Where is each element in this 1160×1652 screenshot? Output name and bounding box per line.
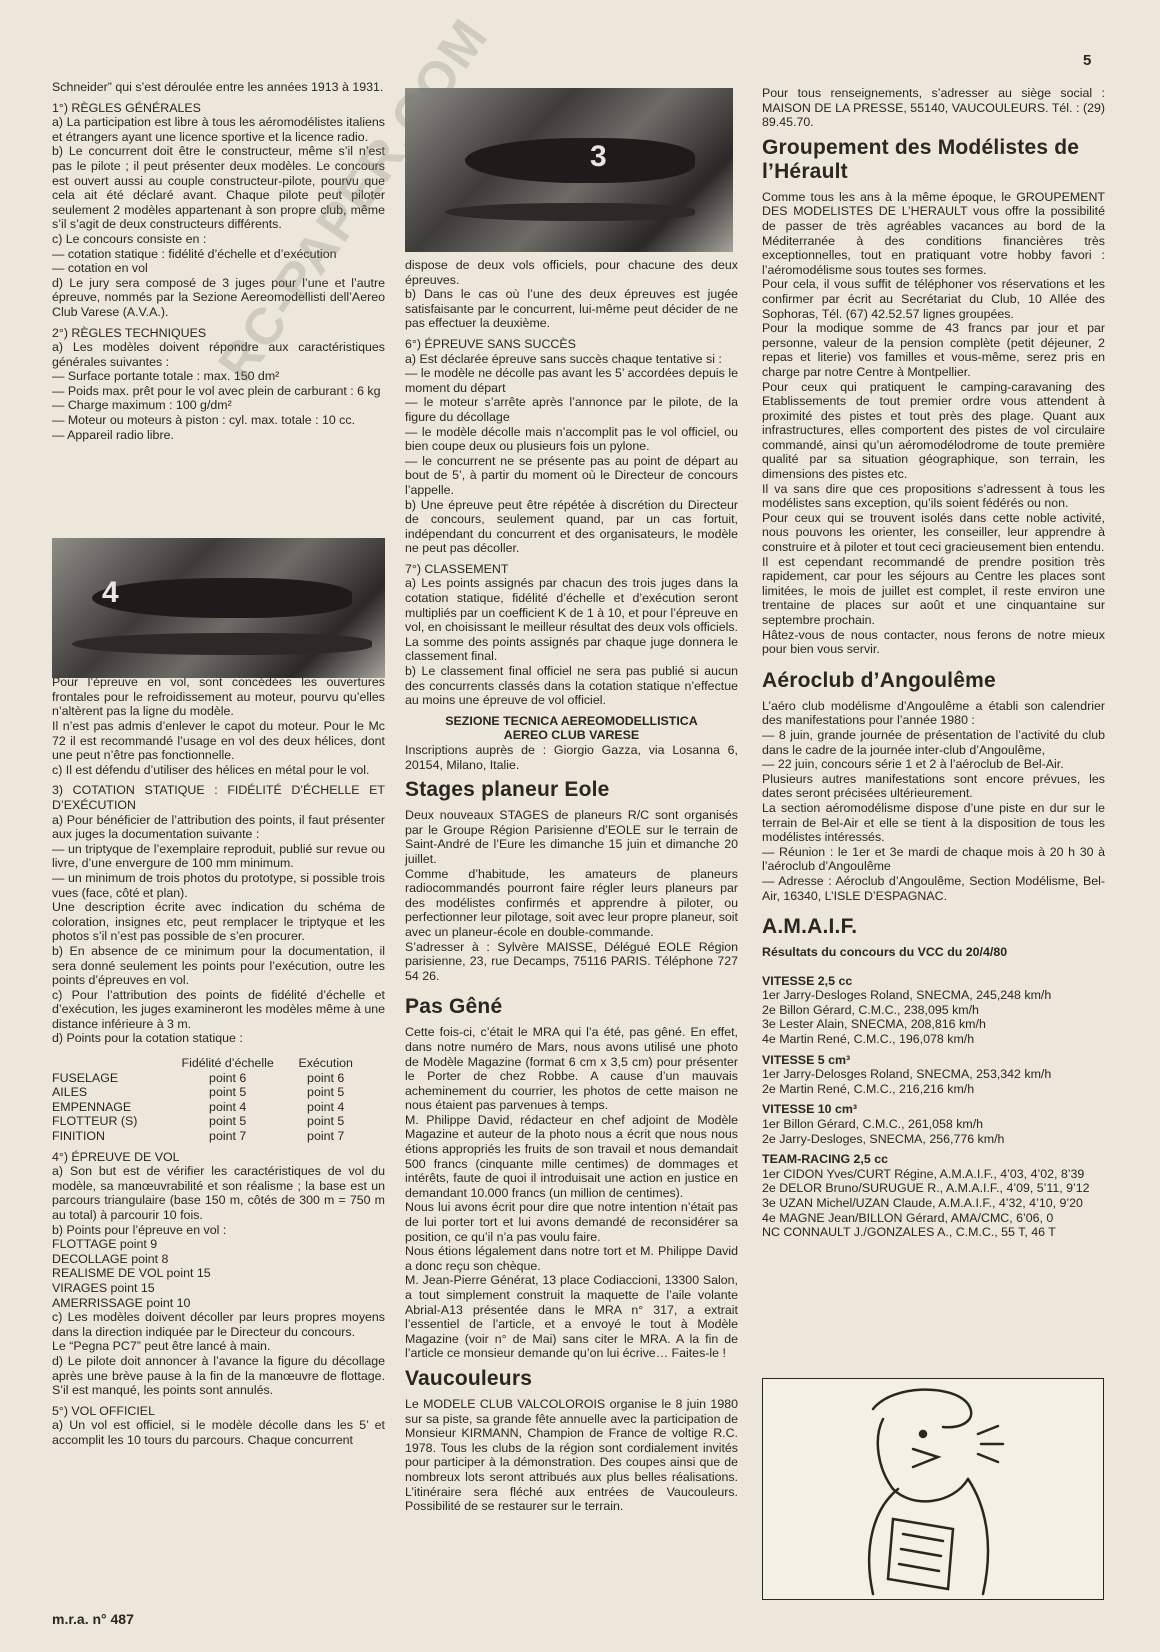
intro-text: Schneider” qui s’est déroulée entre les … — [52, 80, 385, 95]
paragraph: a) Est déclarée épreuve sans succès chaq… — [405, 352, 738, 367]
issue-footer: m.r.a. n° 487 — [52, 1611, 134, 1627]
list-item: — Appareil radio libre. — [52, 428, 385, 443]
section-heading: 3) COTATION STATIQUE : FIDÉLITÉ D’ÉCHELL… — [52, 783, 385, 812]
paragraph: d) Le jury sera composé de 3 juges pour … — [52, 276, 385, 320]
column-2: dispose de deux vols officiels, pour cha… — [405, 258, 738, 1514]
paragraph: b) Le concurrent doit être le constructe… — [52, 144, 385, 232]
list-item: AMERRISSAGE point 10 — [52, 1296, 385, 1311]
column-1: Schneider” qui s’est déroulée entre les … — [52, 80, 385, 1448]
result-entry: 1er Jarry-Delosges Roland, SNECMA, 253,3… — [762, 1067, 1105, 1082]
paragraph: Pour l’épreuve en vol, sont concédées le… — [52, 675, 385, 719]
paragraph: a) Un vol est officiel, si le modèle déc… — [52, 1418, 385, 1447]
float-shape — [72, 633, 372, 655]
result-entry: 4e Martin René, C.M.C., 196,078 km/h — [762, 1032, 1105, 1047]
paragraph: Pour tous renseignements, s’adresser au … — [762, 86, 1105, 130]
paragraph: Nous lui avons écrit pour dire que notre… — [405, 1200, 738, 1244]
paragraph: c) Pour l’attribution des points de fidé… — [52, 988, 385, 1032]
list-item: — Surface portante totale : max. 150 dm² — [52, 369, 385, 384]
paragraph: Pour cela, il vous suffit de téléphoner … — [762, 277, 1105, 321]
paragraph: Hâtez-vous de nous contacter, nous feron… — [762, 628, 1105, 657]
paragraph: b) Points pour l’épreuve en vol : — [52, 1223, 385, 1238]
paragraph: La section aéromodélisme dispose d’une p… — [762, 801, 1105, 845]
table-row: FINITION point 7 point 7 — [52, 1129, 362, 1144]
shouting-reader-icon — [763, 1379, 1103, 1599]
paragraph: L’aéro club modélisme d’Angoulême a étab… — [762, 699, 1105, 728]
organizer-name: SEZIONE TECNICA AEREOMODELLISTICA — [405, 714, 738, 729]
paragraph: c) Il est défendu d’utiliser des hélices… — [52, 763, 385, 778]
paragraph: d) Points pour la cotation statique : — [52, 1031, 385, 1046]
paragraph: Il n’est pas admis d’enlever le capot du… — [52, 719, 385, 763]
paragraph: Une description écrite avec indication d… — [52, 900, 385, 944]
result-entry: 1er Jarry-Desloges Roland, SNECMA, 245,2… — [762, 988, 1105, 1003]
result-entry: 3e Lester Alain, SNECMA, 208,816 km/h — [762, 1017, 1105, 1032]
column-3: Pour tous renseignements, s’adresser au … — [762, 86, 1105, 1240]
racer-photo: 3 — [405, 88, 733, 252]
result-entry: 1er Billon Gérard, C.M.C., 261,058 km/h — [762, 1117, 1105, 1132]
paragraph: b) En absence de ce minimum pour la docu… — [52, 944, 385, 988]
paragraph: M. Jean-Pierre Générat, 13 place Codiacc… — [405, 1273, 738, 1361]
paragraph: a) Son but est de vérifier les caractéri… — [52, 1164, 385, 1222]
fuselage-shape — [465, 138, 695, 183]
article-title: Aéroclub d’Angoulême — [762, 669, 1105, 693]
list-item: REALISME DE VOL point 15 — [52, 1266, 385, 1281]
results-category: TEAM-RACING 2,5 cc — [762, 1152, 1105, 1167]
article-title: Groupement des Modélistes de l’Hérault — [762, 136, 1105, 184]
article-title: Stages planeur Eole — [405, 778, 738, 802]
paragraph: Inscriptions auprès de : Giorgio Gazza, … — [405, 743, 738, 772]
results-category: VITESSE 2,5 cc — [762, 974, 1105, 989]
paragraph: Comme tous les ans à la même époque, le … — [762, 190, 1105, 278]
list-item: — cotation en vol — [52, 261, 385, 276]
paragraph: b) Une épreuve peut être répétée à discr… — [405, 498, 738, 556]
paragraph: Comme d’habitude, les amateurs de planeu… — [405, 867, 738, 940]
article-title: Pas Gêné — [405, 995, 738, 1019]
paragraph: Deux nouveaux STAGES de planeurs R/C son… — [405, 808, 738, 866]
table-row: FUSELAGE point 6 point 6 — [52, 1071, 362, 1086]
section-heading: 5°) VOL OFFICIEL — [52, 1404, 385, 1419]
fuselage-shape — [92, 578, 352, 618]
list-item: — cotation statique : fidélité d’échelle… — [52, 247, 385, 262]
paragraph: Cette fois-ci, c’était le MRA qui l’a ét… — [405, 1025, 738, 1113]
result-entry: 1er CIDON Yves/CURT Régine, A.M.A.I.F., … — [762, 1167, 1105, 1182]
section-heading: 2°) RÈGLES TECHNIQUES — [52, 326, 385, 341]
paragraph: Nous étions légalement dans notre tort e… — [405, 1244, 738, 1273]
result-entry: 2e DELOR Bruno/SURUGUE R., A.M.A.I.F., 4… — [762, 1181, 1105, 1196]
article-title: Vaucouleurs — [405, 1367, 738, 1391]
paragraph: c) Le concours consiste en : — [52, 232, 385, 247]
result-entry: 3e UZAN Michel/UZAN Claude, A.M.A.I.F., … — [762, 1196, 1105, 1211]
list-item: — un minimum de trois photos du prototyp… — [52, 871, 385, 900]
section-heading: 1°) RÈGLES GÉNÉRALES — [52, 101, 385, 116]
table-row: FLOTTEUR (S) point 5 point 5 — [52, 1114, 362, 1129]
race-number: 3 — [590, 140, 607, 174]
table-header-row: Fidélité d’échelle Exécution — [52, 1056, 362, 1071]
list-item: — Réunion : le 1er et 3e mardi de chaque… — [762, 845, 1105, 874]
paragraph: b) Le classement final officiel ne sera … — [405, 664, 738, 708]
cartoon-illustration — [762, 1378, 1104, 1600]
paragraph: Il va sans dire que ces propositions s’a… — [762, 482, 1105, 511]
paragraph: b) Dans le cas où l’une des deux épreuve… — [405, 287, 738, 331]
results-category: VITESSE 10 cm³ — [762, 1102, 1105, 1117]
result-entry: 2e Jarry-Desloges, SNECMA, 256,776 km/h — [762, 1132, 1105, 1147]
paragraph: Plusieurs autres manifestations sont enc… — [762, 772, 1105, 801]
race-number: 4 — [102, 576, 119, 610]
list-item: — le modèle ne décolle pas avant les 5’ … — [405, 366, 738, 395]
paragraph: a) Pour bénéficier de l’attribution des … — [52, 813, 385, 842]
list-item: — le moteur s’arrête après l’annonce par… — [405, 395, 738, 424]
section-heading: 7°) CLASSEMENT — [405, 562, 738, 577]
paragraph: c) Les modèles doivent décoller par leur… — [52, 1310, 385, 1339]
organizer-club: AEREO CLUB VARESE — [405, 728, 738, 743]
list-item: DECOLLAGE point 8 — [52, 1252, 385, 1267]
list-item: — le concurrent ne se présente pas au po… — [405, 454, 738, 498]
table-row: AILES point 5 point 5 — [52, 1085, 362, 1100]
static-points-table: Fidélité d’échelle Exécution FUSELAGE po… — [52, 1056, 362, 1144]
paragraph: M. Philippe David, rédacteur en chef adj… — [405, 1113, 738, 1201]
list-item: — Charge maximum : 100 g/dm² — [52, 398, 385, 413]
list-item: — Moteur ou moteurs à piston : cyl. max.… — [52, 413, 385, 428]
list-item: — 22 juin, concours série 1 et 2 à l’aér… — [762, 757, 1105, 772]
list-item: — 8 juin, grande journée de présentation… — [762, 728, 1105, 757]
results-list: VITESSE 2,5 cc 1er Jarry-Desloges Roland… — [762, 974, 1105, 1240]
seaplane-photo: 4 — [52, 538, 385, 678]
float-shape — [445, 203, 695, 221]
result-entry: NC CONNAULT J./GONZALES A., C.M.C., 55 T… — [762, 1225, 1105, 1240]
list-item: FLOTTAGE point 9 — [52, 1237, 385, 1252]
results-category: VITESSE 5 cm³ — [762, 1053, 1105, 1068]
paragraph: d) Le pilote doit annoncer à l’avance la… — [52, 1354, 385, 1398]
list-item: — le modèle décolle mais n’accomplit pas… — [405, 425, 738, 454]
paragraph: a) La participation est libre à tous les… — [52, 115, 385, 144]
paragraph: dispose de deux vols officiels, pour cha… — [405, 258, 738, 287]
list-item: — un triptyque de l’exemplaire reproduit… — [52, 842, 385, 871]
list-item: — Poids max. prêt pour le vol avec plein… — [52, 384, 385, 399]
list-item: VIRAGES point 15 — [52, 1281, 385, 1296]
paragraph: Pour ceux qui pratiquent le camping-cara… — [762, 380, 1105, 482]
page-number: 5 — [1083, 52, 1091, 69]
table-row: EMPENNAGE point 4 point 4 — [52, 1100, 362, 1115]
list-item: — Adresse : Aéroclub d’Angoulême, Sectio… — [762, 874, 1105, 903]
section-heading: 6°) ÉPREUVE SANS SUCCÈS — [405, 337, 738, 352]
paragraph: Le MODELE CLUB VALCOLOROIS organise le 8… — [405, 1397, 738, 1514]
paragraph: Pour la modique somme de 43 francs par j… — [762, 321, 1105, 379]
results-subtitle: Résultats du concours du VCC du 20/4/80 — [762, 945, 1105, 960]
result-entry: 2e Billon Gérard, C.M.C., 238,095 km/h — [762, 1003, 1105, 1018]
paragraph: Pour ceux qui se trouvent isolés dans ce… — [762, 511, 1105, 555]
paragraph: S’adresser à : Sylvère MAISSE, Délégué E… — [405, 940, 738, 984]
paragraph: a) Les modèles doivent répondre aux cara… — [52, 340, 385, 369]
paragraph: Il est cependant recommandé de prendre p… — [762, 555, 1105, 628]
result-entry: 4e MAGNE Jean/BILLON Gérard, AMA/CMC, 6’… — [762, 1211, 1105, 1226]
article-title: A.M.A.I.F. — [762, 915, 1105, 939]
paragraph: Le “Pegna PC7” peut être lancé à main. — [52, 1339, 385, 1354]
section-heading: 4°) ÉPREUVE DE VOL — [52, 1150, 385, 1165]
paragraph: a) Les points assignés par chacun des tr… — [405, 576, 738, 664]
result-entry: 2e Martin René, C.M.C., 216,216 km/h — [762, 1082, 1105, 1097]
